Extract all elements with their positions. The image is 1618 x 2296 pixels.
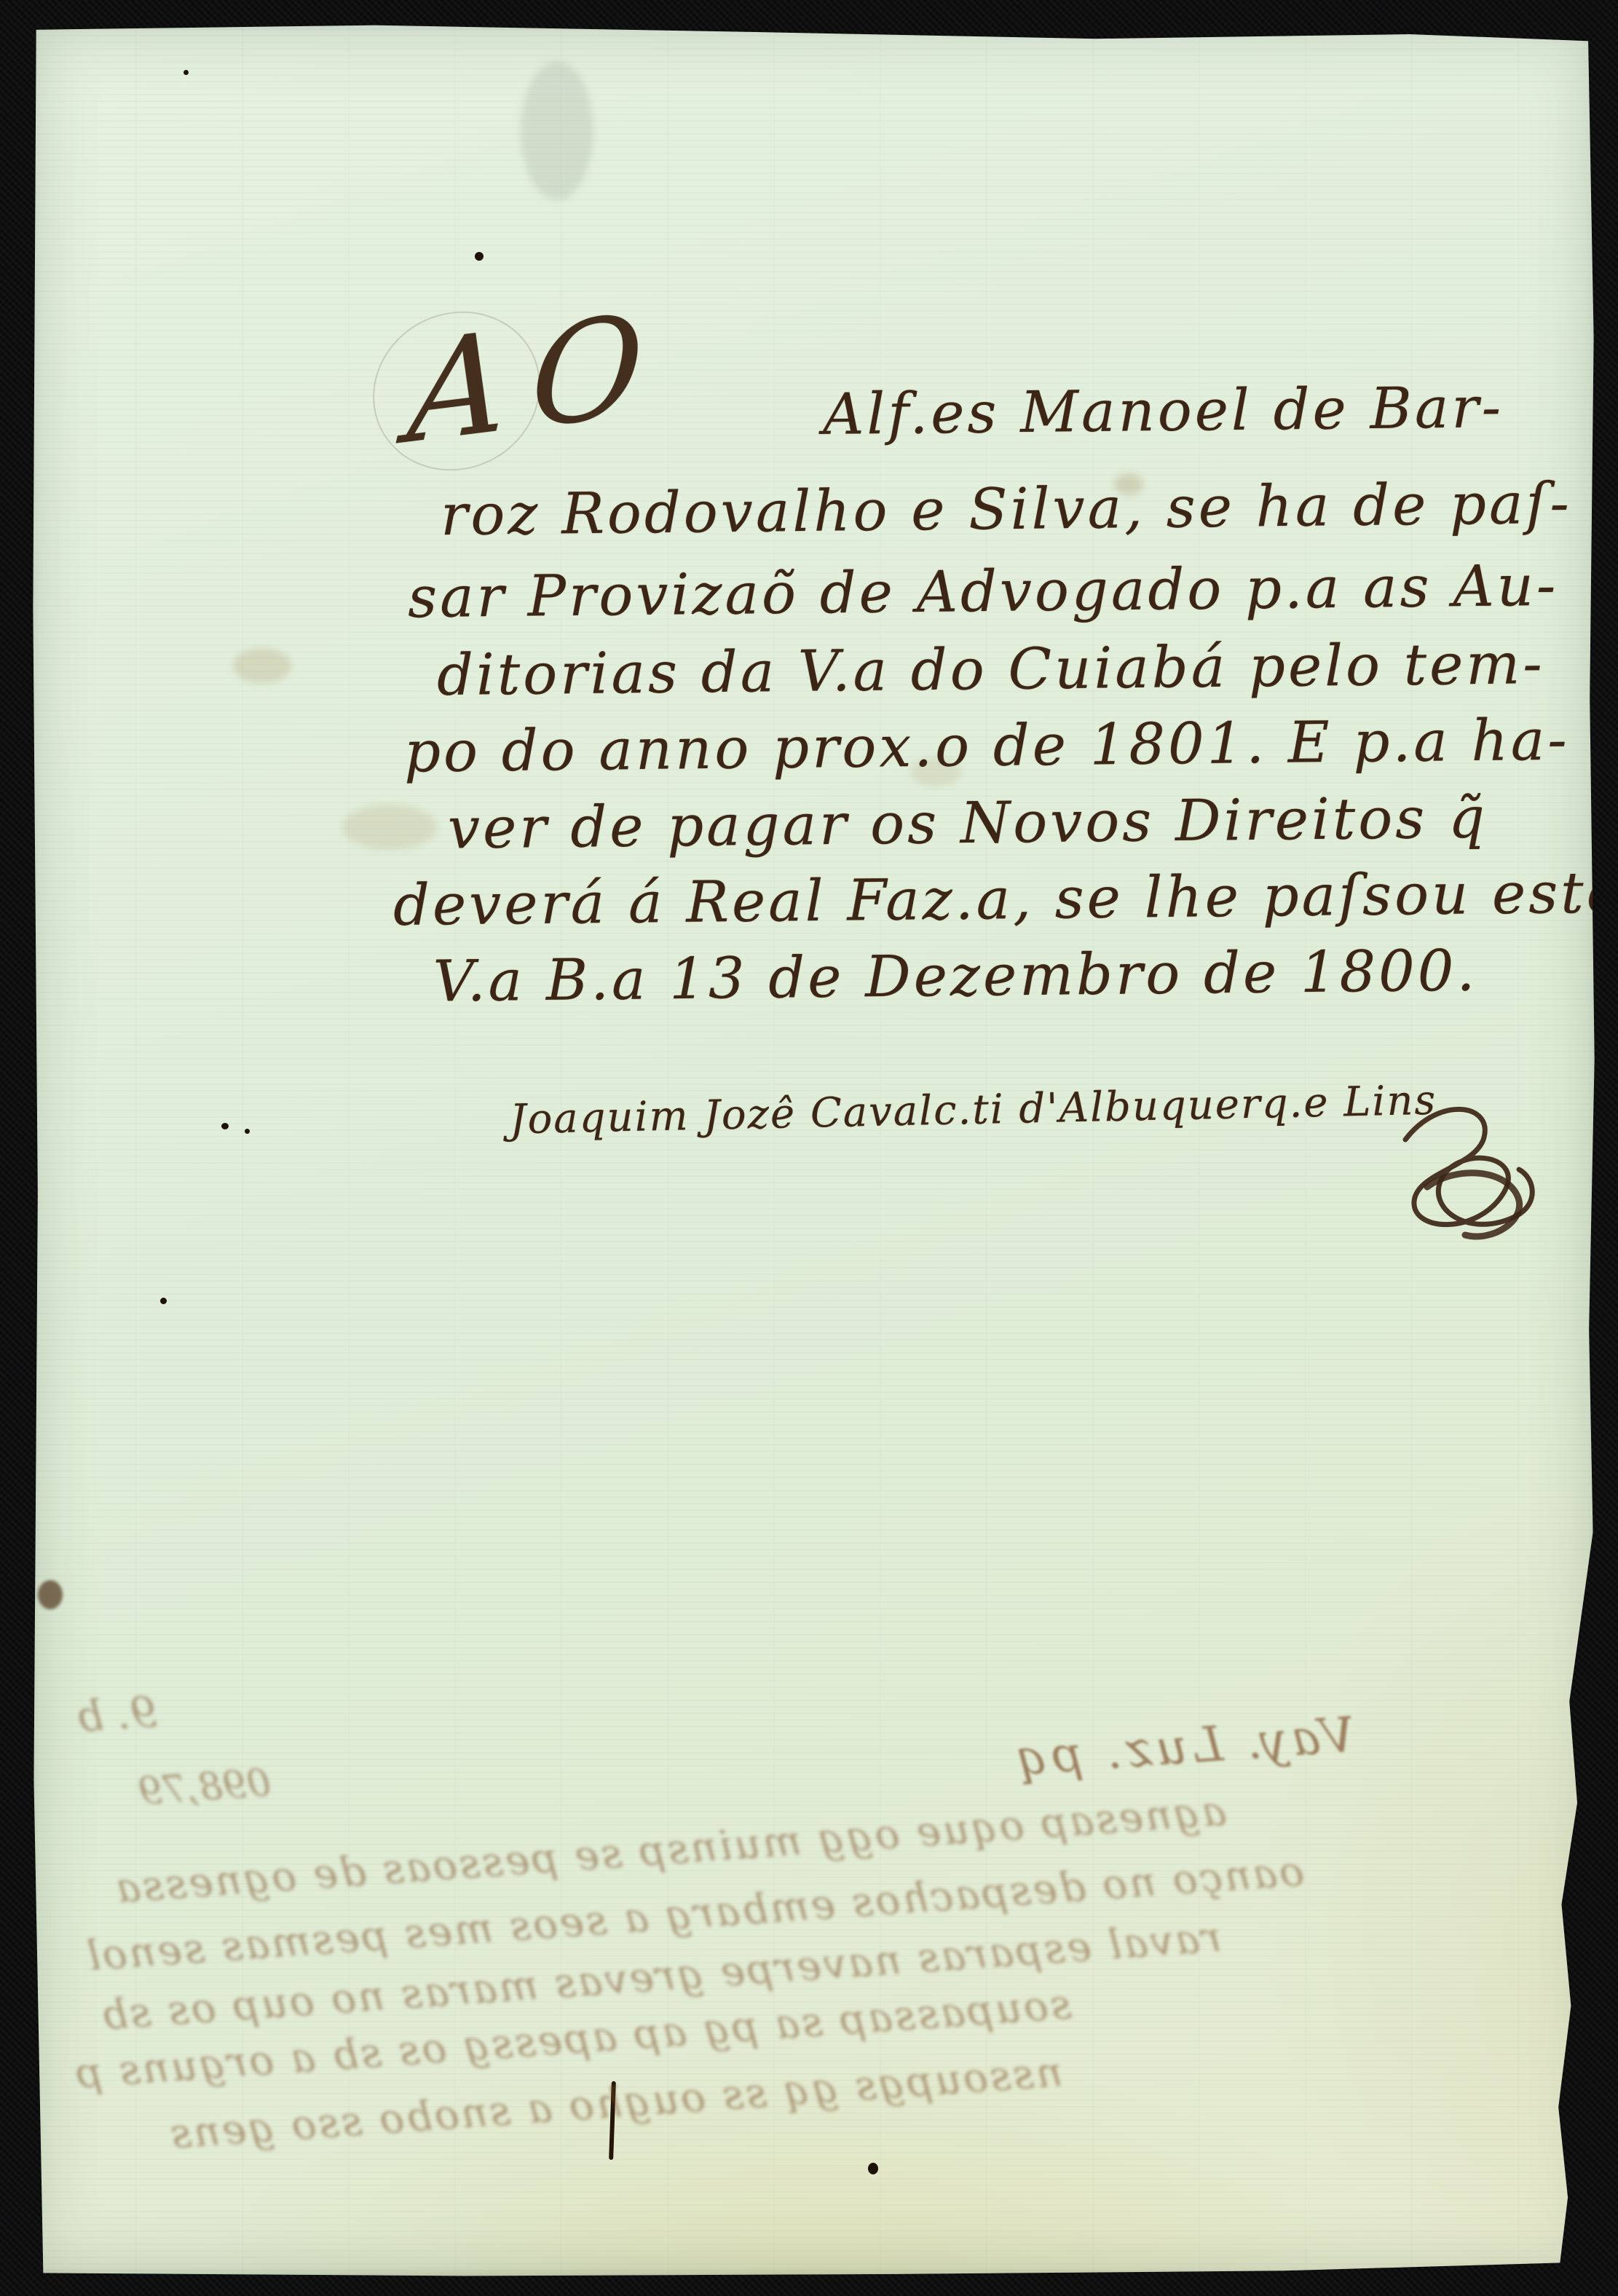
signature: Joaquim Jozê Cavalc.ti d'Albuquerq.e Lin…	[509, 1077, 1437, 1144]
ink-speck	[245, 1129, 250, 1134]
photo-of-manuscript: { "scene": { "background_color": "#0b0b0…	[0, 0, 1618, 2296]
ink-speck	[221, 1123, 229, 1129]
manuscript-line: ver de pagar os Novos Direitos q̃	[448, 786, 1488, 862]
ink-speck	[475, 252, 484, 261]
manuscript-line: ditorias da V.a do Cuiabá pelo tem-	[437, 631, 1546, 709]
manuscript-line: po do anno prox.o de 1801. E p.a ha-	[404, 708, 1570, 786]
foxing-spot	[342, 805, 437, 850]
signature-rubric-flourish	[1384, 1100, 1551, 1260]
ink-speck	[160, 1298, 167, 1304]
document-paper: AO Alf.es Manoel de Bar- roz Rodovalho e…	[29, 22, 1598, 2276]
calligraphic-initials: AO	[405, 282, 672, 476]
bleed-mark: Vay. Luz. pq	[1011, 1707, 1357, 1787]
bleed-mark: 098,79	[137, 1762, 272, 1815]
edge-ink-blot	[38, 1580, 63, 1609]
foxing-spot	[233, 648, 291, 683]
manuscript-line: V.a B.a 13 de Dezembro de 1800.	[433, 938, 1478, 1014]
bleed-mark: 9. b	[75, 1687, 159, 1742]
grey-streak-stain	[521, 62, 593, 200]
ink-speck	[183, 70, 189, 75]
manuscript-line: Alf.es Manoel de Bar-	[823, 375, 1504, 448]
manuscript-line: sar Provizaõ de Advogado p.a as Au-	[408, 553, 1559, 631]
ink-speck	[868, 2163, 878, 2174]
manuscript-line: roz Rodovalho e Silva, se ha de paſ-	[441, 471, 1573, 548]
manuscript-line: deverá á Real Faz.a, se lhe paſsou este.	[393, 860, 1618, 939]
